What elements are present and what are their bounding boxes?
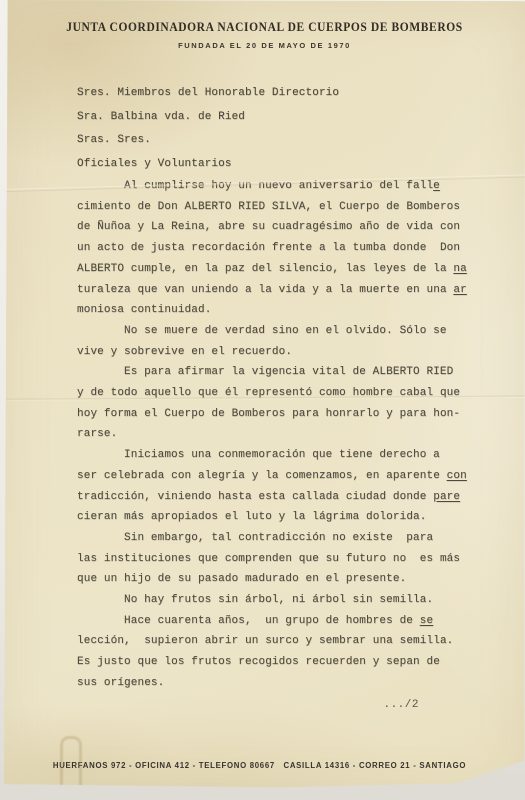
paragraph: Es para afirmar la vigencia vital de ALB…	[77, 362, 467, 445]
underlined-syllable: con	[447, 470, 467, 482]
recipient-line: Sra. Balbina vda. de Ried	[77, 106, 485, 130]
body-line: que un hijo de su pasado madurado en el …	[77, 569, 467, 590]
recipient-line: Sras. Sres.	[77, 129, 485, 153]
body-line: hoy forma el Cuerpo de Bomberos para hon…	[77, 404, 467, 425]
paragraph: No hay frutos sin árbol, ni árbol sin se…	[77, 590, 467, 611]
body-line: turaleza que van uniendo a la vida y a l…	[77, 280, 467, 301]
body-line: ALBERTO cumple, en la paz del silencio, …	[77, 259, 467, 280]
page-continuation-marker: .../2	[383, 699, 419, 711]
body-line: Es para afirmar la vigencia vital de ALB…	[77, 362, 467, 383]
paragraph: Hace cuarenta años, un grupo de hombres …	[77, 611, 467, 694]
body-line: No se muere de verdad sino en el olvido.…	[77, 321, 467, 342]
body-line: Es justo que los frutos recogidos recuer…	[77, 652, 467, 673]
letter-body: Al cumplirse hoy un nuevo aniversario de…	[77, 176, 467, 694]
body-line: vive y sobrevive en el recuerdo.	[77, 342, 467, 363]
paragraph: Sin embargo, tal contradicción no existe…	[77, 528, 467, 590]
body-line: lección, supieron abrir un surco y sembr…	[77, 631, 467, 652]
body-line: las instituciones que comprenden que su …	[77, 549, 467, 570]
paragraph: Iniciamos una conmemoración que tiene de…	[77, 445, 467, 528]
body-line: ser celebrada con alegría y la comenzamo…	[77, 466, 467, 487]
paragraph: No se muere de verdad sino en el olvido.…	[77, 321, 467, 362]
underlined-syllable: e	[433, 180, 440, 192]
body-line: Iniciamos una conmemoración que tiene de…	[77, 445, 467, 466]
body-line: cieran más apropiados el luto y la lágri…	[77, 507, 467, 528]
body-line: cimiento de Don ALBERTO RIED SILVA, el C…	[77, 197, 467, 218]
underlined-syllable: na	[453, 263, 466, 275]
scanned-letter: JUNTA COORDINADORA NACIONAL DE CUERPOS D…	[0, 0, 525, 800]
recipient-block: Sres. Miembros del Honorable DirectorioS…	[77, 82, 485, 176]
body-line: Al cumplirse hoy un nuevo aniversario de…	[77, 176, 467, 197]
body-line: Sin embargo, tal contradicción no existe…	[77, 528, 467, 549]
body-line: rarse.	[77, 424, 467, 445]
underlined-syllable: pare	[433, 491, 460, 503]
recipient-line: Oficiales y Voluntarios	[77, 153, 485, 177]
underlined-syllable: se	[420, 615, 433, 627]
body-line: No hay frutos sin árbol, ni árbol sin se…	[77, 590, 467, 611]
body-line: de Ñuñoa y La Reina, abre su cuadragésim…	[77, 217, 467, 238]
body-line: y de todo aquello que él representó como…	[77, 383, 467, 404]
body-line: Hace cuarenta años, un grupo de hombres …	[77, 611, 467, 632]
letterhead-org-name: JUNTA COORDINADORA NACIONAL DE CUERPOS D…	[4, 22, 525, 35]
underlined-syllable: ar	[453, 284, 466, 296]
body-line: sus orígenes.	[77, 673, 467, 694]
paperclip-imprint	[60, 736, 82, 793]
letter-paper: JUNTA COORDINADORA NACIONAL DE CUERPOS D…	[4, 0, 525, 792]
recipient-line: Sres. Miembros del Honorable Directorio	[77, 82, 485, 106]
letterhead: JUNTA COORDINADORA NACIONAL DE CUERPOS D…	[4, 22, 525, 50]
body-line: un acto de justa recordación frente a la…	[77, 238, 467, 259]
paragraph: Al cumplirse hoy un nuevo aniversario de…	[77, 176, 467, 321]
body-line: moniosa continuidad.	[77, 300, 467, 321]
body-line: tradicción, viniendo hasta esta callada …	[77, 487, 467, 508]
letterhead-founded-line: FUNDADA EL 20 DE MAYO DE 1970	[4, 41, 525, 50]
